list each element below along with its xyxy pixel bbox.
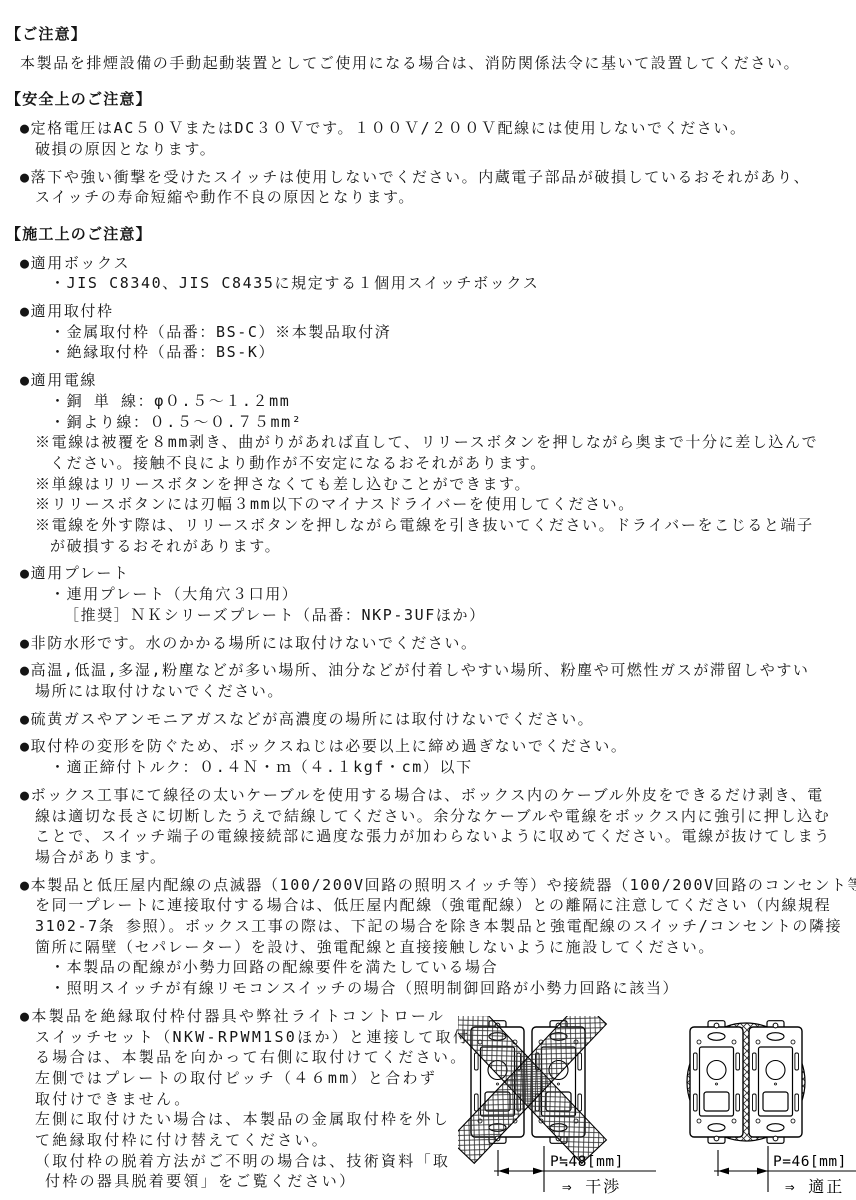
text-line: 【施工上のご注意】 — [6, 224, 850, 245]
text-line: 本製品を排煙設備の手動起動装置としてご使用になる場合は、消防関係法令に基いて設置… — [20, 53, 850, 74]
text-line: ●本製品を絶縁取付枠付器具や弊社ライトコントロール — [20, 1006, 454, 1027]
section-heading: 【安全上のご注意】 — [6, 89, 850, 110]
text-line: ●定格電圧はAC５０ＶまたはDC３０Ｖです。１００Ｖ/２００Ｖ配線には使用しない… — [20, 118, 850, 139]
text-line: ［推奨］ＮＫシリーズプレート（品番：NKP-3UFほか） — [64, 605, 850, 626]
text-line: ●取付枠の変形を防ぐため、ボックスねじは必要以上に締め過ぎないでください。 — [20, 736, 850, 757]
section-heading: 【ご注意】 — [6, 24, 850, 45]
text-line: ・JIS C8340、JIS C8435に規定する１個用スイッチボックス — [50, 273, 850, 294]
text-line: 取付けできません。 — [35, 1089, 454, 1110]
text-block: ●適用プレート・連用プレート（大角穴３口用）［推奨］ＮＫシリーズプレート（品番：… — [6, 563, 850, 625]
text-line: ・連用プレート（大角穴３口用） — [50, 584, 850, 605]
frames-pair — [458, 1016, 606, 1163]
text-line: 【安全上のご注意】 — [6, 89, 850, 110]
text-line: て絶縁取付枠に付け替えてください。 — [35, 1130, 454, 1151]
text-line: ●適用取付枠 — [20, 301, 850, 322]
text-line: 線は適切な長さに切断したうえで結線してください。余分なケーブルや電線をボックス内… — [35, 806, 850, 827]
pitch-label: P≒48[mm] — [550, 1154, 624, 1170]
text-line: ●適用プレート — [20, 563, 850, 584]
bottom-section: ●本製品を絶縁取付枠付器具や弊社ライトコントロールスイッチセット（NKW-RPW… — [6, 1006, 850, 1200]
document-body: 【ご注意】本製品を排煙設備の手動起動装置としてご使用になる場合は、消防関係法令に… — [6, 24, 850, 999]
text-line: ●落下や強い衝撃を受けたスイッチは使用しないでください。内蔵電子部品が破損してい… — [20, 167, 850, 188]
text-block: ●取付枠の変形を防ぐため、ボックスねじは必要以上に締め過ぎないでください。・適正… — [6, 736, 850, 777]
text-line: ※リリースボタンには刃幅３mm以下のマイナスドライバーを使用してください。 — [35, 494, 850, 515]
text-line: ことで、スイッチ端子の電線接続部に過度な張力が加わらないように収めてください。電… — [35, 826, 850, 847]
text-line: スイッチの寿命短縮や動作不良の原因となります。 — [35, 187, 850, 208]
text-line: （取付枠の脱着方法がご不明の場合は、技術資料「取 — [35, 1151, 454, 1172]
text-line: ・金属取付枠（品番：BS-C）※本製品取付済 — [50, 322, 850, 343]
text-block: ●ボックス工事にて線径の太いケーブルを使用する場合は、ボックス内のケーブル外皮を… — [6, 785, 850, 868]
text-line: ・絶縁取付枠（品番：BS-K） — [50, 342, 850, 363]
diagram-area: P≒48[mm] ⇒ 干渉 — [458, 1016, 856, 1200]
result-label: ⇒ 適正 — [785, 1177, 844, 1196]
text-line: ・本製品の配線が小勢力回路の配線要件を満たしている場合 — [50, 957, 850, 978]
text-line: ください。接触不良により動作が不安定になるおそれがあります。 — [50, 453, 850, 474]
instruction-sheet: 【ご注意】本製品を排煙設備の手動起動装置としてご使用になる場合は、消防関係法令に… — [0, 0, 856, 1200]
text-block: 本製品を排煙設備の手動起動装置としてご使用になる場合は、消防関係法令に基いて設置… — [6, 53, 850, 74]
text-block: ●本製品と低圧屋内配線の点滅器（100/200V回路の照明スイッチ等）や接続器（… — [6, 875, 850, 999]
text-line: る場合は、本製品を向かって右側に取付けてください。 — [35, 1047, 454, 1068]
text-line: 場所には取付けないでください。 — [35, 681, 850, 702]
text-line: 破損の原因となります。 — [35, 139, 850, 160]
text-block: ●硫黄ガスやアンモニアガスなどが高濃度の場所には取付けないでください。 — [6, 709, 850, 730]
text-line: ●高温,低温,多湿,粉塵などが多い場所、油分などが付着しやすい場所、粉塵や可燃性… — [20, 660, 850, 681]
text-line: 箇所に隔壁（セパレーター）を設け、強電配線と直接接触しないように施設してください… — [35, 937, 850, 958]
text-line: ※電線は被覆を８mm剥き、曲がりがあれば直して、リリースボタンを押しながら奥まで… — [35, 432, 850, 453]
text-block: ●適用取付枠・金属取付枠（品番：BS-C）※本製品取付済・絶縁取付枠（品番：BS… — [6, 301, 850, 363]
text-line: 左側ではプレートの取付ピッチ（４６mm）と合わず — [35, 1068, 454, 1089]
text-block: ●非防水形です。水のかかる場所には取付けないでください。 — [6, 633, 850, 654]
text-line: ・銅より線：０.５～０.７５mm² — [50, 412, 850, 433]
text-block: ●高温,低温,多湿,粉塵などが多い場所、油分などが付着しやすい場所、粉塵や可燃性… — [6, 660, 850, 701]
text-line: ・照明スイッチが有線リモコンスイッチの場合（照明制御回路が小勢力回路に該当） — [50, 978, 850, 999]
text-block: ●適用ボックス・JIS C8340、JIS C8435に規定する１個用スイッチボ… — [6, 253, 850, 294]
text-block: ●適用電線・銅 単 線：φ０.５～１.２mm・銅より線：０.５～０.７５mm²※… — [6, 370, 850, 556]
text-line: 場合があります。 — [35, 847, 850, 868]
text-line: が破損するおそれがあります。 — [50, 536, 850, 557]
diagram-proper: P=46[mm] ⇒ 適正 — [684, 1016, 856, 1200]
text-block: ●定格電圧はAC５０ＶまたはDC３０Ｖです。１００Ｖ/２００Ｖ配線には使用しない… — [6, 118, 850, 159]
text-line: ※電線を外す際は、リリースボタンを押しながら電線を引き抜いてください。ドライバー… — [35, 515, 850, 536]
text-line: ・適正締付トルク：０.４Ｎ・ｍ（４.１kgf・cm）以下 — [50, 757, 850, 778]
text-line: 【ご注意】 — [6, 24, 850, 45]
text-line: ●適用電線 — [20, 370, 850, 391]
text-line: 付枠の器具脱着要領」をご覧ください） — [45, 1171, 454, 1192]
text-line: ※単線はリリースボタンを押さなくても差し込むことができます。 — [35, 474, 850, 495]
mounting-note-text: ●本製品を絶縁取付枠付器具や弊社ライトコントロールスイッチセット（NKW-RPW… — [6, 1006, 454, 1200]
text-line: ●非防水形です。水のかかる場所には取付けないでください。 — [20, 633, 850, 654]
text-line: 左側に取付けたい場合は、本製品の金属取付枠を外し — [35, 1109, 454, 1130]
text-line: スイッチセット（NKW-RPWM1S0ほか）と連接して取付け — [35, 1027, 454, 1048]
section-heading: 【施工上のご注意】 — [6, 224, 850, 245]
text-line: ●ボックス工事にて線径の太いケーブルを使用する場合は、ボックス内のケーブル外皮を… — [20, 785, 850, 806]
text-line: ●硫黄ガスやアンモニアガスなどが高濃度の場所には取付けないでください。 — [20, 709, 850, 730]
pitch-label: P=46[mm] — [773, 1154, 847, 1170]
text-line: 3102-7条 参照）。ボックス工事の際は、下記の場合を除き本製品と強電配線のス… — [35, 916, 850, 937]
text-line: ・銅 単 線：φ０.５～１.２mm — [50, 391, 850, 412]
diagram-interference: P≒48[mm] ⇒ 干渉 — [458, 1016, 664, 1200]
text-line: を同一プレートに連接取付する場合は、低圧屋内配線（強電配線）との離隔に注意してく… — [35, 895, 850, 916]
result-label: ⇒ 干渉 — [562, 1177, 621, 1196]
text-line: ●適用ボックス — [20, 253, 850, 274]
text-block: ●落下や強い衝撃を受けたスイッチは使用しないでください。内蔵電子部品が破損してい… — [6, 167, 850, 208]
text-line: ●本製品と低圧屋内配線の点滅器（100/200V回路の照明スイッチ等）や接続器（… — [20, 875, 850, 896]
